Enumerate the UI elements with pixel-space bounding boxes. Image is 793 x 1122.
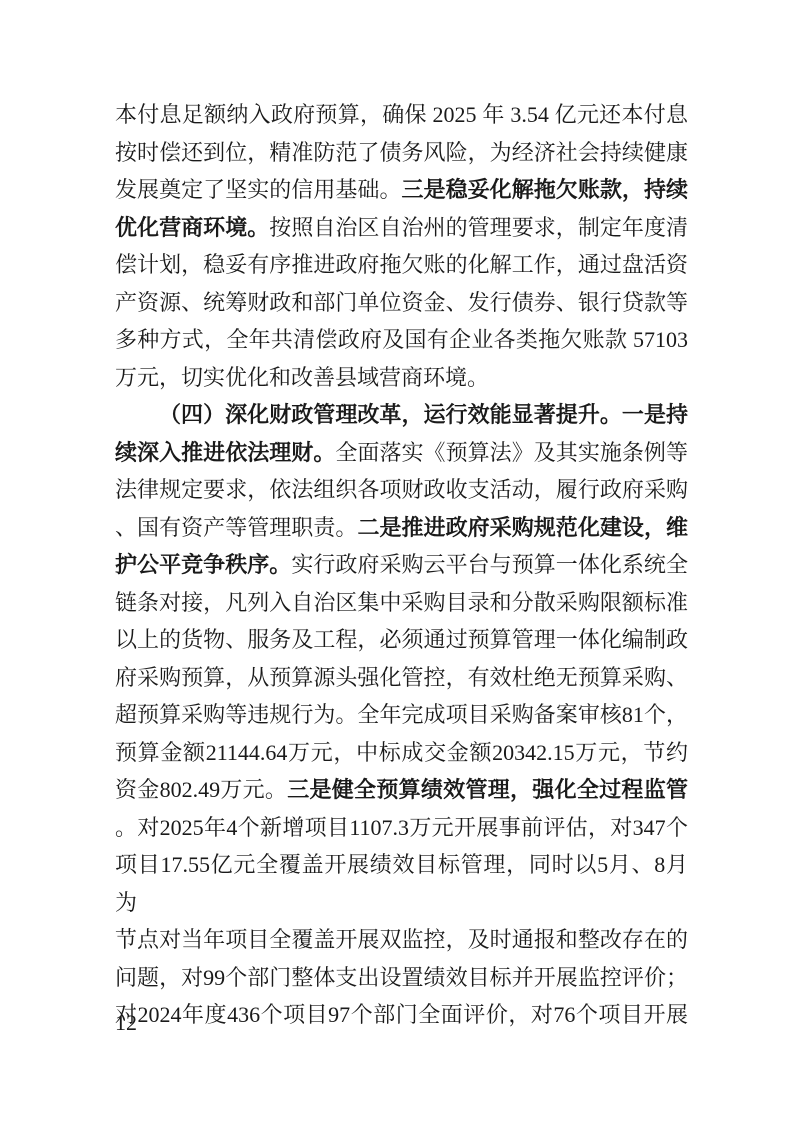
text-line: 府采购预算，从预算源头强化管控，有效杜绝无预算采购、 <box>115 659 688 697</box>
text-line: 万元，切实优化和改善县域营商环境。 <box>115 359 688 397</box>
text-segment: 超预算采购等违规行为。全年完成项目采购备案审核81个， <box>115 702 688 727</box>
text-line: 对2024年度436个项目97个部门全面评价，对76个项目开展 <box>115 996 688 1034</box>
text-segment: 项目17.55亿元全覆盖开展绩效目标管理，同时以5月、8月为 <box>115 852 688 915</box>
text-line: 本付息足额纳入政府预算，确保 2025 年 3.54 亿元还本付息 <box>115 96 688 134</box>
text-segment: 全面落实《预算法》及其实施条例等 <box>335 440 688 465</box>
bold-text-segment: 优化营商环境。 <box>115 215 269 240</box>
text-segment: 本付息足额纳入政府预算，确保 2025 年 3.54 亿元还本付息 <box>115 102 688 127</box>
text-line: 。对2025年4个新增项目1107.3万元开展事前评估，对347个 <box>115 809 688 847</box>
text-line: 超预算采购等违规行为。全年完成项目采购备案审核81个， <box>115 696 688 734</box>
text-line: 问题，对99个部门整体支出设置绩效目标并开展监控评价； <box>115 959 688 997</box>
text-segment: 以上的货物、服务及工程，必须通过预算管理一体化编制政 <box>115 627 688 652</box>
text-line: 项目17.55亿元全覆盖开展绩效目标管理，同时以5月、8月为 <box>115 846 688 921</box>
text-segment: 偿计划，稳妥有序推进政府拖欠账的化解工作，通过盘活资 <box>115 252 688 277</box>
text-line: 优化营商环境。按照自治区自治州的管理要求，制定年度清 <box>115 209 688 247</box>
text-segment: 、国有资产等管理职责。 <box>115 515 357 540</box>
page-number: 12 <box>115 1008 137 1038</box>
text-segment: 按时偿还到位，精准防范了债务风险，为经济社会持续健康 <box>115 140 688 165</box>
text-line: 节点对当年项目全覆盖开展双监控，及时通报和整改存在的 <box>115 921 688 959</box>
text-segment: 产资源、统筹财政和部门单位资金、发行债券、银行贷款等 <box>115 290 688 315</box>
text-line: 预算金额21144.64万元，中标成交金额20342.15万元，节约 <box>115 734 688 772</box>
text-line: 链条对接，凡列入自治区集中采购目录和分散采购限额标准 <box>115 584 688 622</box>
document-page: 本付息足额纳入政府预算，确保 2025 年 3.54 亿元还本付息按时偿还到位，… <box>0 0 793 1122</box>
bold-text-segment: 三是稳妥化解拖欠账款，持续 <box>402 177 688 202</box>
text-line: 法律规定要求，依法组织各项财政收支活动，履行政府采购 <box>115 471 688 509</box>
text-segment: 万元，切实优化和改善县域营商环境。 <box>115 365 489 390</box>
text-segment: 对2024年度436个项目97个部门全面评价，对76个项目开展 <box>115 1002 688 1027</box>
text-segment: 法律规定要求，依法组织各项财政收支活动，履行政府采购 <box>115 477 688 502</box>
text-line: 多种方式，全年共清偿政府及国有企业各类拖欠账款 57103 <box>115 321 688 359</box>
text-line: 以上的货物、服务及工程，必须通过预算管理一体化编制政 <box>115 621 688 659</box>
text-line: 按时偿还到位，精准防范了债务风险，为经济社会持续健康 <box>115 134 688 172</box>
text-line: （四）深化财政管理改革，运行效能显著提升。一是持 <box>115 396 688 434</box>
text-segment: 实行政府采购云平台与预算一体化系统全 <box>291 552 688 577</box>
text-segment: 府采购预算，从预算源头强化管控，有效杜绝无预算采购、 <box>115 665 688 690</box>
text-segment: 节点对当年项目全覆盖开展双监控，及时通报和整改存在的 <box>115 927 688 952</box>
text-segment: 多种方式，全年共清偿政府及国有企业各类拖欠账款 57103 <box>115 327 688 352</box>
text-segment: 资金802.49万元。 <box>115 777 287 802</box>
text-line: 、国有资产等管理职责。二是推进政府采购规范化建设，维 <box>115 509 688 547</box>
text-segment: 链条对接，凡列入自治区集中采购目录和分散采购限额标准 <box>115 590 688 615</box>
text-line: 续深入推进依法理财。全面落实《预算法》及其实施条例等 <box>115 434 688 472</box>
text-segment: 。对2025年4个新增项目1107.3万元开展事前评估，对347个 <box>115 815 688 840</box>
document-body: 本付息足额纳入政府预算，确保 2025 年 3.54 亿元还本付息按时偿还到位，… <box>115 96 688 1034</box>
bold-text-segment: 续深入推进依法理财。 <box>115 440 335 465</box>
text-line: 偿计划，稳妥有序推进政府拖欠账的化解工作，通过盘活资 <box>115 246 688 284</box>
bold-text-segment: 三是健全预算绩效管理，强化全过程监管 <box>287 777 688 802</box>
text-line: 产资源、统筹财政和部门单位资金、发行债券、银行贷款等 <box>115 284 688 322</box>
text-segment: 发展奠定了坚实的信用基础。 <box>115 177 402 202</box>
text-line: 资金802.49万元。三是健全预算绩效管理，强化全过程监管 <box>115 771 688 809</box>
bold-text-segment: （四）深化财政管理改革，运行效能显著提升。一是持 <box>159 402 688 427</box>
text-line: 发展奠定了坚实的信用基础。三是稳妥化解拖欠账款，持续 <box>115 171 688 209</box>
text-line: 护公平竞争秩序。实行政府采购云平台与预算一体化系统全 <box>115 546 688 584</box>
text-segment: 问题，对99个部门整体支出设置绩效目标并开展监控评价； <box>115 965 688 990</box>
text-segment: 预算金额21144.64万元，中标成交金额20342.15万元，节约 <box>115 740 688 765</box>
bold-text-segment: 二是推进政府采购规范化建设，维 <box>357 515 688 540</box>
text-segment: 按照自治区自治州的管理要求，制定年度清 <box>269 215 688 240</box>
bold-text-segment: 护公平竞争秩序。 <box>115 552 291 577</box>
